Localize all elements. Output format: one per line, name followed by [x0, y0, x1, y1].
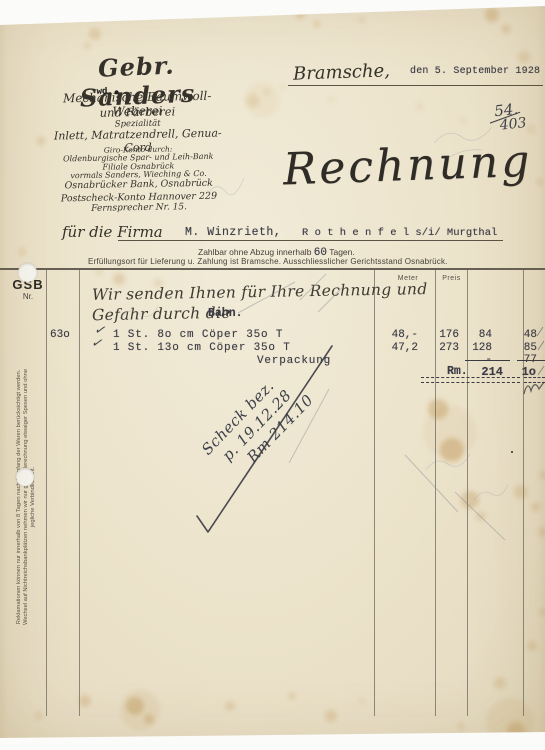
intro-script-line1: Wir senden Ihnen für Ihre Rechnung und: [92, 280, 428, 304]
intro-typed-word: Bahn.: [208, 307, 243, 320]
row-meter: 48,-: [388, 329, 418, 341]
row-amount-rm: 84: [456, 329, 492, 341]
row-check-mark-2: ✓: [90, 335, 103, 351]
total-double-rule-left: [421, 377, 520, 383]
addressee-location: R o t h e n f e l s/i/ Murgthal: [302, 227, 497, 239]
punch-hole-bottom: [16, 468, 34, 486]
sum-rule-pf: [517, 360, 545, 361]
row-amount-pf: 85: [519, 342, 537, 354]
order-number: 63o: [50, 329, 70, 341]
addressee-name: M. Winzrieth,: [185, 226, 281, 239]
column-header-preis: Preis: [436, 275, 467, 282]
letterhead: Gebr. Sanders wd. Mechanische Baumwoll-W…: [0, 0, 280, 2]
file-number: 54. 403: [485, 99, 527, 135]
jurisdiction-terms: Erfüllungsort für Lieferung u. Zahlung i…: [88, 257, 508, 266]
sum-rule-rm: [465, 360, 510, 361]
paraph-mark: [524, 382, 544, 394]
date-rule: [288, 85, 543, 86]
table-vline-number: [79, 270, 80, 716]
punch-hole-top: [18, 263, 37, 282]
scanned-invoice-page: Gebr. Sanders wd. Mechanische Baumwoll-W…: [0, 0, 545, 750]
row-amount-rm: 128: [456, 342, 492, 354]
table-vline-desc: [374, 270, 375, 716]
row-preis: 273: [431, 342, 459, 354]
side-note-line2: Wechsel auf Nichtreichsbankplätzen nehme…: [23, 346, 30, 648]
pen-ticks: [537, 327, 544, 375]
bank-line4: Osnabrücker Bank, Osnabrück: [41, 177, 236, 191]
table-vline-margin: [46, 270, 47, 716]
row-desc: 1 St. 13o cm Cöper 35o T: [113, 342, 291, 354]
row-meter: 47,2: [388, 342, 418, 354]
addressee-rule: [118, 240, 503, 241]
side-note-line3: jegliche Verbindlichkeit.: [30, 346, 37, 648]
side-note-line1: Reklamationen können nur innerhalb von 8…: [16, 346, 23, 648]
ink-fleck: [511, 451, 513, 453]
total-double-rule-right: [524, 377, 545, 383]
row-preis: 176: [431, 329, 459, 341]
payment-terms-post: Tagen.: [329, 247, 355, 257]
margin-side-note: Reklamationen können nur innerhalb von 8…: [16, 346, 36, 648]
addressee-label: für die Firma: [62, 223, 163, 241]
invoice-title: Rechnung: [282, 136, 533, 196]
invoice-date: den 5. September 1928: [410, 66, 540, 77]
payment-terms-pre: Zahlbar ohne Abzug innerhalb: [198, 247, 311, 257]
place-name: Bramsche,: [293, 60, 391, 84]
table-top-rule: [0, 268, 545, 270]
margin-nr-label: Nr.: [10, 292, 46, 301]
row-amount-pf: 48: [519, 329, 537, 341]
invoice-paper: Gebr. Sanders wd. Mechanische Baumwoll-W…: [0, 0, 545, 750]
row-desc: 1 St. 8o cm Cöper 35o T: [113, 329, 283, 341]
phone-line: Fernsprecher Nr. 15.: [42, 201, 237, 214]
